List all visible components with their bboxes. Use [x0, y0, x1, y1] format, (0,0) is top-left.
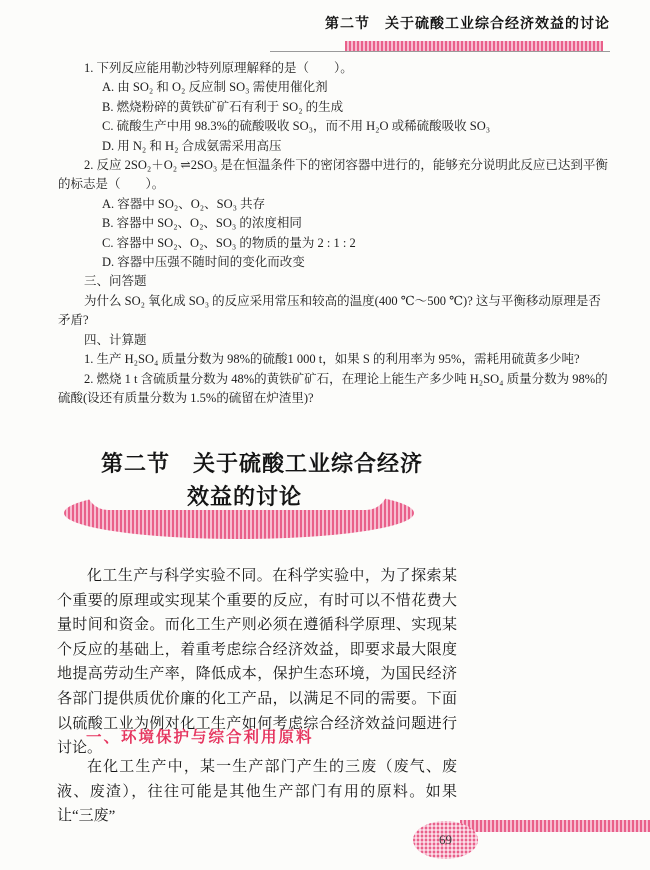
header-accent-bar — [345, 41, 603, 51]
question-2-option-a: A. 容器中 SO₂、O₂、SO₃ 共存 — [102, 195, 610, 214]
section-title-line1: 第二节 关于硫酸工业综合经济 — [101, 447, 423, 478]
subsection-heading: 一、环境保护与综合利用原料 — [86, 725, 314, 747]
running-header-title: 第二节 关于硫酸工业综合经济效益的讨论 — [325, 13, 610, 33]
subsection-paragraph: 在化工生产中，某一生产部门产生的三废（废气、废液、废渣），往往可能是其他生产部门… — [57, 755, 457, 829]
header-rule — [270, 51, 610, 52]
section-3-heading: 三、问答题 — [58, 272, 610, 291]
page-number-badge: 69 — [413, 821, 478, 859]
question-1-option-c: C. 硫酸生产中用 98.3%的硫酸吸收 SO₃，而不用 H₂O 或稀硫酸吸收 … — [102, 117, 610, 136]
section-4-heading: 四、计算题 — [58, 331, 610, 350]
textbook-page: 第二节 关于硫酸工业综合经济效益的讨论 1. 下列反应能用勒沙特列原理解释的是（… — [0, 0, 650, 870]
calculation-2-text: 2. 燃烧 1 t 含硫质量分数为 48%的黄铁矿矿石，在理论上能生产多少吨 H… — [58, 370, 610, 409]
question-1-option-d: D. 用 N₂ 和 H₂ 合成氨需采用高压 — [102, 137, 610, 156]
footer-accent-bar — [460, 820, 650, 832]
exercise-block: 1. 下列反应能用勒沙特列原理解释的是（ ）。 A. 由 SO₂ 和 O₂ 反应… — [58, 59, 610, 408]
question-2-option-d: D. 容器中压强不随时间的变化而改变 — [102, 253, 610, 272]
question-2-option-c: C. 容器中 SO₂、O₂、SO₃ 的物质的量为 2 : 1 : 2 — [102, 234, 610, 253]
question-3-text: 为什么 SO₂ 氧化成 SO₃ 的反应采用常压和较高的温度(400 ℃～500 … — [58, 292, 610, 331]
question-2-stem: 2. 反应 2SO₂＋O₂ ⇌2SO₃ 是在恒温条件下的密闭容器中进行的，能够充… — [58, 156, 610, 195]
question-1-stem: 1. 下列反应能用勒沙特列原理解释的是（ ）。 — [58, 59, 610, 78]
question-1-option-a: A. 由 SO₂ 和 O₂ 反应制 SO₃ 需使用催化剂 — [102, 78, 610, 97]
question-2-option-b: B. 容器中 SO₂、O₂、SO₃ 的浓度相同 — [102, 214, 610, 233]
page-number: 69 — [439, 832, 452, 848]
section-title-line2: 效益的讨论 — [187, 480, 302, 511]
question-1-option-b: B. 燃烧粉碎的黄铁矿矿石有利于 SO₂ 的生成 — [102, 98, 610, 117]
calculation-1-text: 1. 生产 H₂SO₄ 质量分数为 98%的硫酸1 000 t，如果 S 的利用… — [58, 350, 610, 369]
